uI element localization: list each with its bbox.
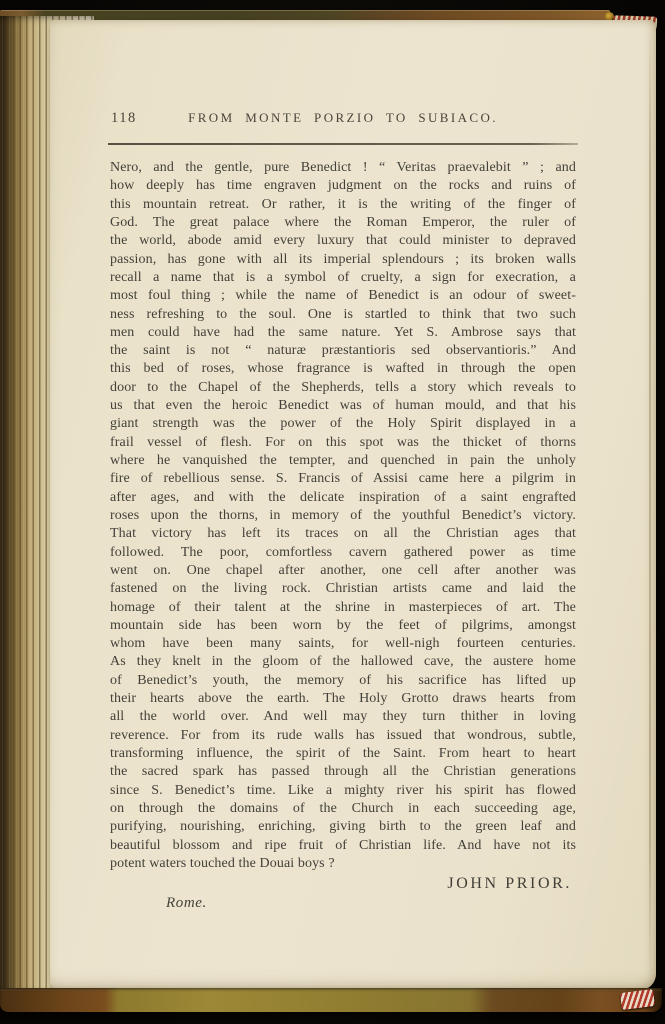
text-line: on through the domains of the Church in … bbox=[110, 800, 576, 818]
text-line: where he vanquished the tempter, and que… bbox=[110, 452, 576, 470]
text-line: fastened on the living rock. Christian a… bbox=[110, 580, 576, 598]
text-line: this mountain retreat. Or rather, it is … bbox=[110, 196, 576, 214]
running-head: 118 FROM MONTE PORZIO TO SUBIACO. bbox=[110, 110, 576, 128]
text-line: roses upon the thorns, in memory of the … bbox=[110, 507, 576, 525]
page-number: 118 bbox=[111, 110, 137, 127]
text-line: homage of their talent at the shrine in … bbox=[110, 599, 576, 617]
text-line: potent waters touched the Douai boys ? bbox=[110, 855, 576, 873]
page-content: Nero, and the gentle, pure Benedict ! “ … bbox=[110, 159, 576, 912]
text-line: followed. The poor, comfortless cavern g… bbox=[110, 544, 576, 562]
text-line: door to the Chapel of the Shepherds, tel… bbox=[110, 379, 576, 397]
text-line: frail vessel of flesh. For on this spot … bbox=[110, 434, 576, 452]
text-line: That victory has left its traces on all … bbox=[110, 525, 576, 543]
text-line: transforming influence, the spirit of th… bbox=[110, 745, 576, 763]
text-line: As they knelt in the gloom of the hallow… bbox=[110, 653, 576, 671]
text-line: God. The great palace where the Roman Em… bbox=[110, 214, 576, 232]
place-line: Rome. bbox=[166, 895, 576, 912]
book-photo-scene: 118 FROM MONTE PORZIO TO SUBIACO. Nero, … bbox=[0, 0, 665, 1024]
running-header-title: FROM MONTE PORZIO TO SUBIACO. bbox=[110, 110, 576, 126]
text-line: purifying, nourishing, enriching, giving… bbox=[110, 818, 576, 836]
text-line: this bed of roses, whose fragrance is wa… bbox=[110, 360, 576, 378]
text-line: the world, abode amid every luxury that … bbox=[110, 232, 576, 250]
text-line: fire of rebellious sense. S. Francis of … bbox=[110, 470, 576, 488]
text-line: how deeply has time engraven judgment on… bbox=[110, 177, 576, 195]
header-rule bbox=[108, 143, 578, 145]
text-line: mountain side has been worn by the feet … bbox=[110, 617, 576, 635]
text-line: men could have had the same nature. Yet … bbox=[110, 324, 576, 342]
text-line: most foul thing ; while the name of Bene… bbox=[110, 287, 576, 305]
text-line: reverence. For from its rude walls has i… bbox=[110, 727, 576, 745]
text-line: giant strength was the power of the Holy… bbox=[110, 415, 576, 433]
body-text: Nero, and the gentle, pure Benedict ! “ … bbox=[110, 159, 576, 873]
text-line: since S. Benedict’s time. Like a mighty … bbox=[110, 782, 576, 800]
text-line: all the world over. And well may they tu… bbox=[110, 708, 576, 726]
text-line: the saint is not “ naturæ præstantioris … bbox=[110, 342, 576, 360]
text-line: Nero, and the gentle, pure Benedict ! “ … bbox=[110, 159, 576, 177]
book-page: 118 FROM MONTE PORZIO TO SUBIACO. Nero, … bbox=[50, 20, 656, 990]
text-line: recall a name that is a symbol of cruelt… bbox=[110, 269, 576, 287]
text-line: after ages, and with the delicate inspir… bbox=[110, 489, 576, 507]
text-line: beautiful blossom and ripe fruit of Chri… bbox=[110, 837, 576, 855]
text-line: passion, has gone with all its imperial … bbox=[110, 251, 576, 269]
text-line: us that even the heroic Benedict was of … bbox=[110, 397, 576, 415]
text-line: the sacred spark has passed through all … bbox=[110, 763, 576, 781]
text-line: went on. One chapel after another, one c… bbox=[110, 562, 576, 580]
text-line: whom have been many saints, for well-nig… bbox=[110, 635, 576, 653]
book-cover-bottom-edge bbox=[0, 988, 662, 1012]
author-signature: JOHN PRIOR. bbox=[110, 874, 576, 893]
text-line: of Benedict’s youth, the memory of his s… bbox=[110, 672, 576, 690]
text-line: their hearts above the earth. The Holy G… bbox=[110, 690, 576, 708]
text-line: ness refreshing to the soul. One is star… bbox=[110, 306, 576, 324]
